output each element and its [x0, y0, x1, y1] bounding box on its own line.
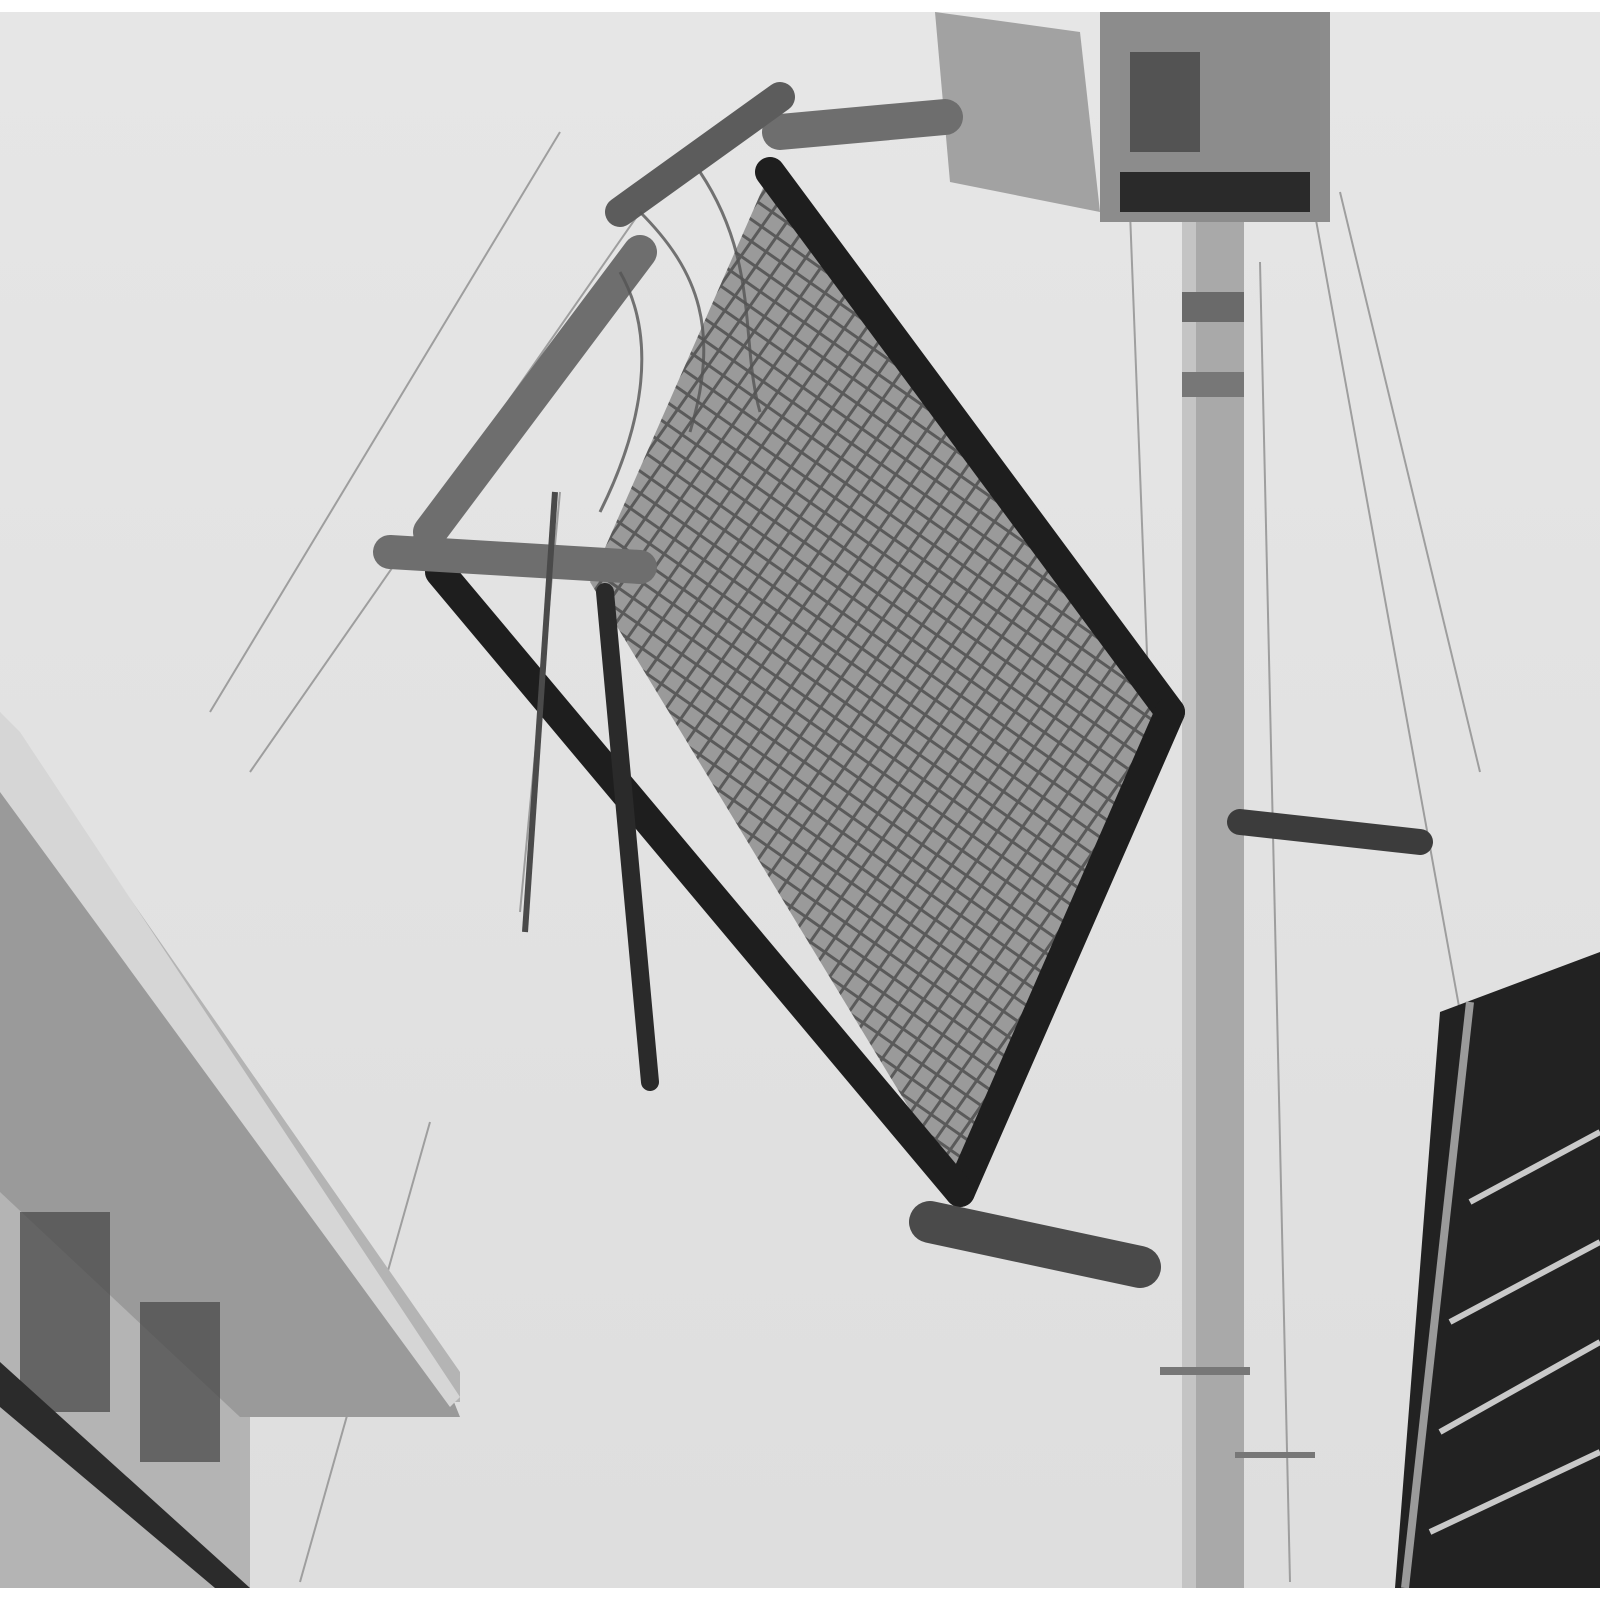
photo-frame: [0, 12, 1600, 1588]
photo: [0, 12, 1600, 1588]
